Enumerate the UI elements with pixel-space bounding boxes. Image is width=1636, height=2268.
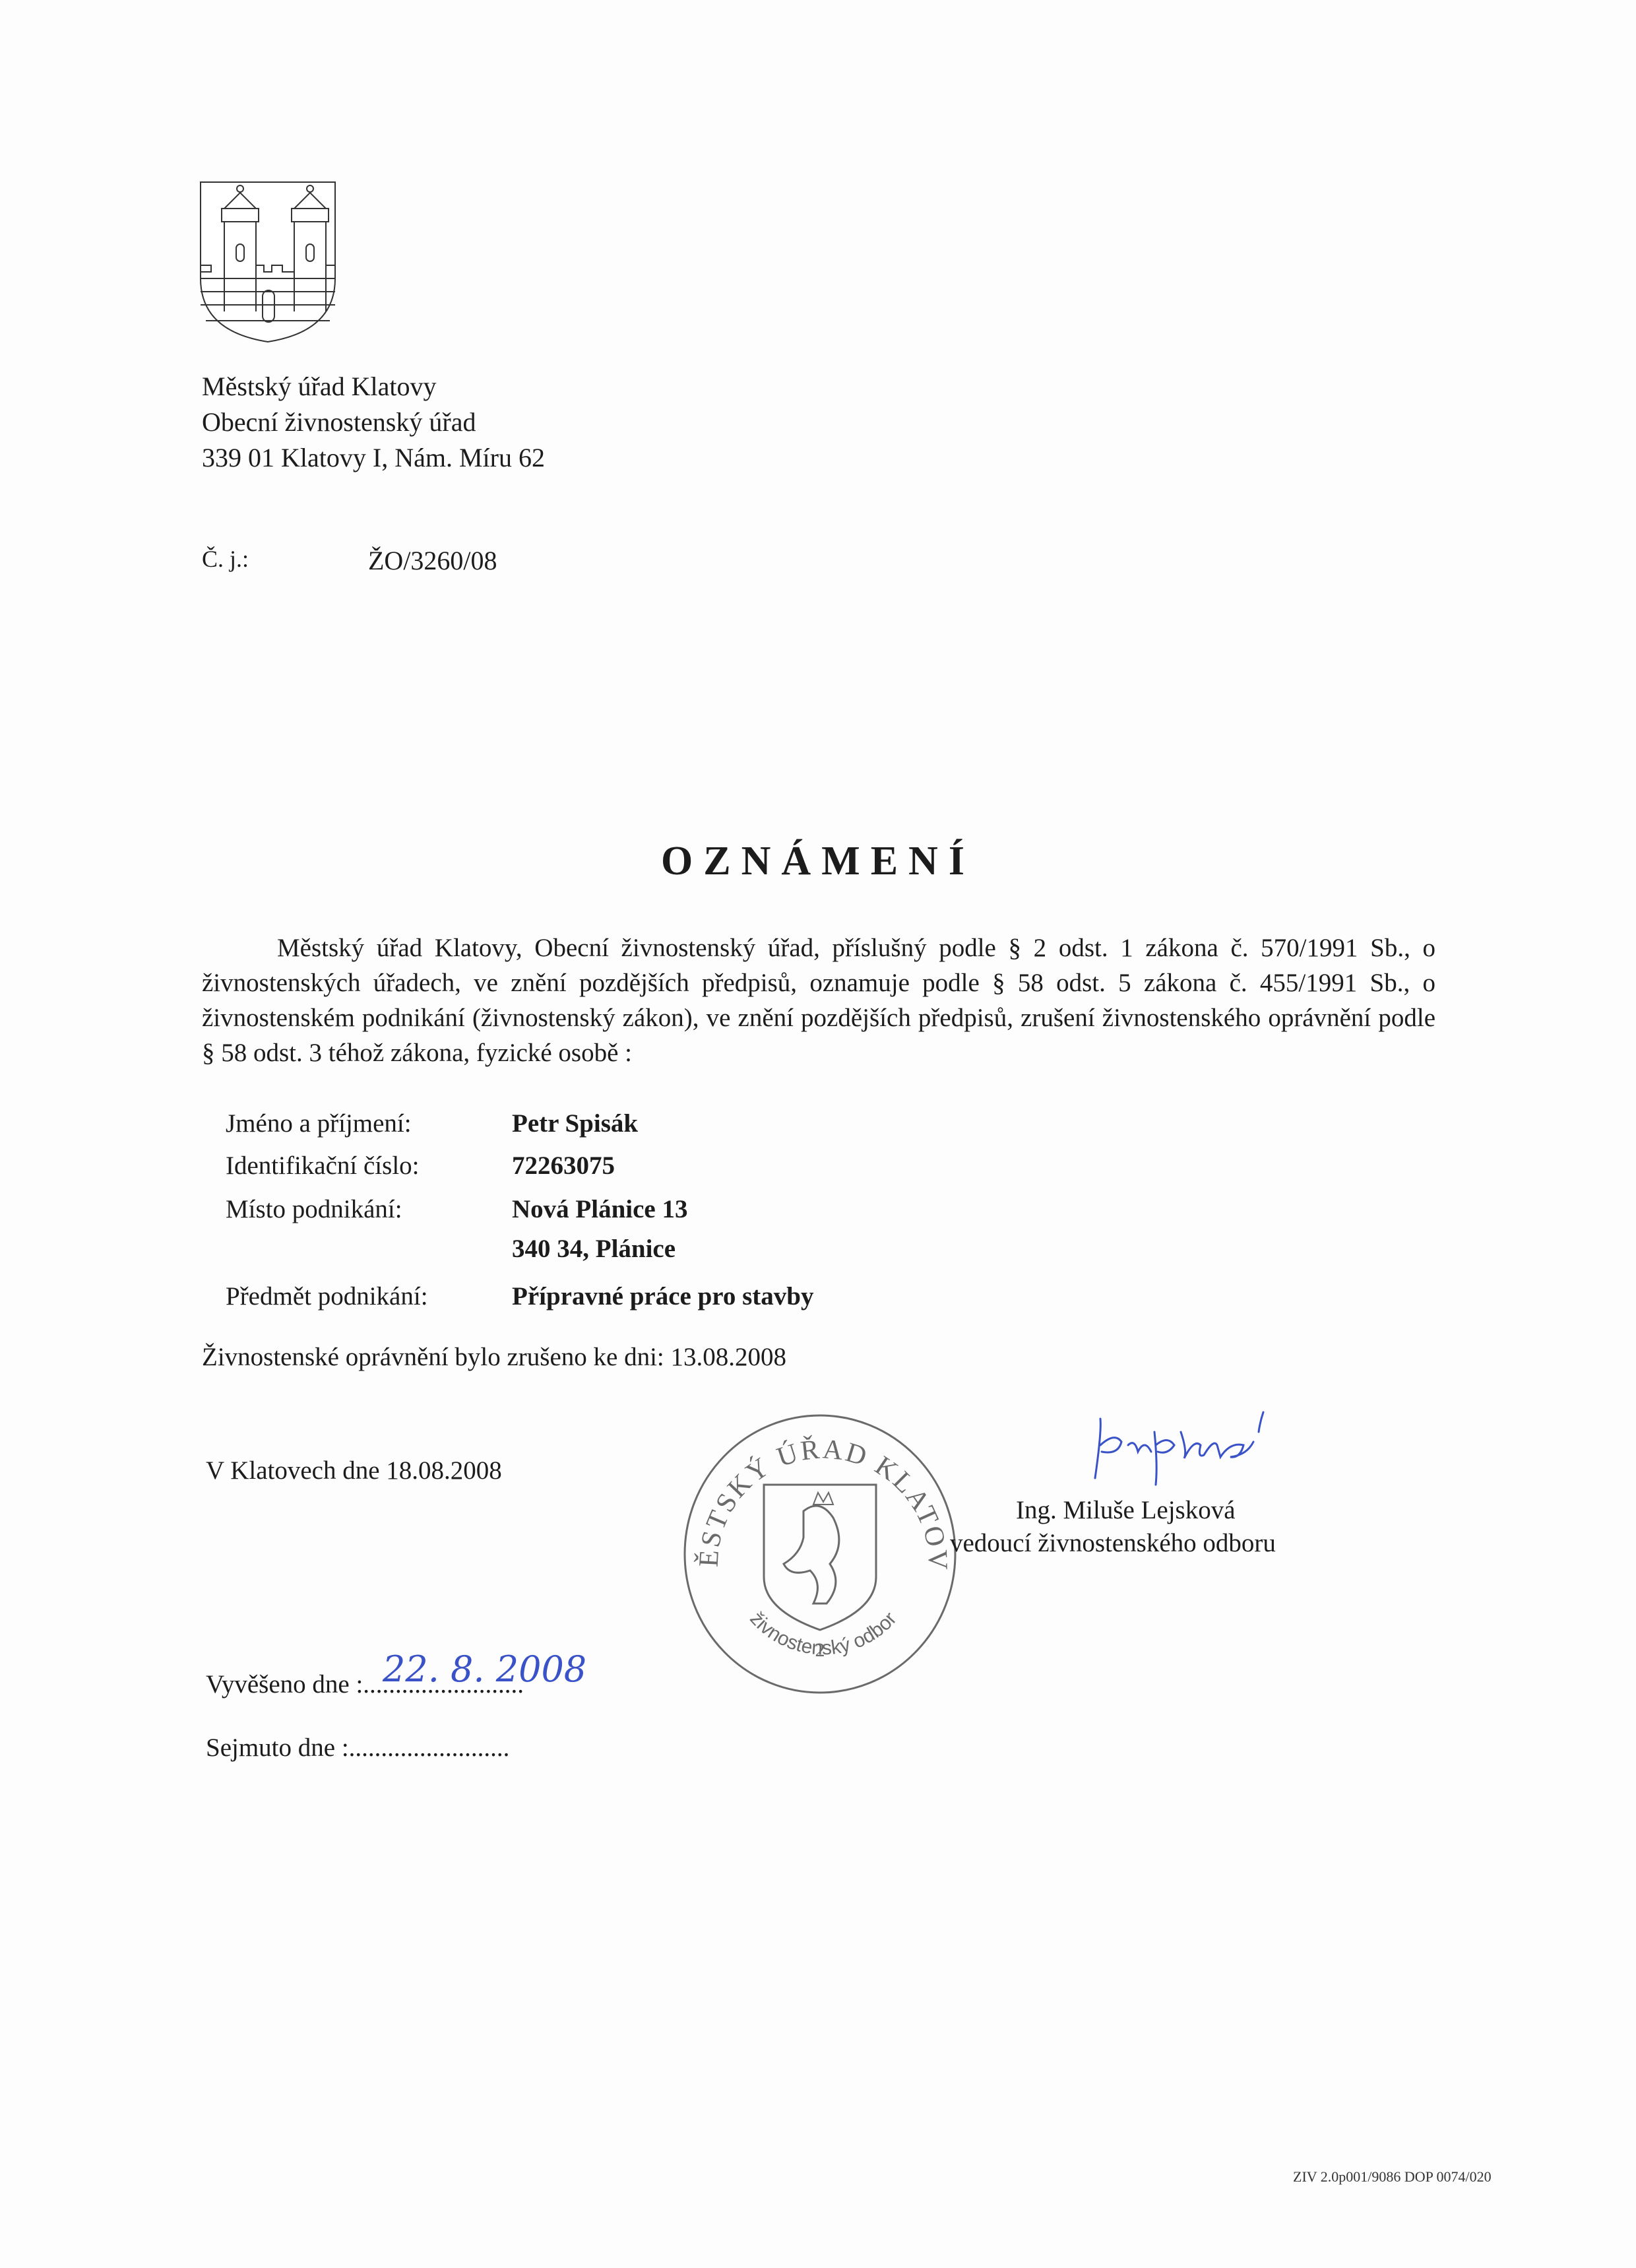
- handwritten-signature: [1082, 1406, 1280, 1491]
- city-crest-icon: [198, 179, 338, 344]
- business-place-label: Místo podnikání:: [226, 1194, 402, 1224]
- posted-date-handwritten: 22. 8. 2008: [383, 1648, 586, 1690]
- business-place-city: 340 34, Plánice: [512, 1234, 676, 1264]
- document-title: OZNÁMENÍ: [0, 838, 1636, 885]
- notice-paragraph: Městský úřad Klatovy, Obecní živnostensk…: [202, 930, 1435, 1070]
- removed-label: Sejmuto dne :: [206, 1733, 349, 1762]
- footer-code: ZIV 2.0p001/9086 DOP 0074/020: [1293, 2168, 1492, 2186]
- signatory-position: vedoucí živnostenského odboru: [950, 1528, 1276, 1558]
- reference-label: Č. j.:: [202, 545, 249, 573]
- revocation-line: Živnostenské oprávnění bylo zrušeno ke d…: [202, 1342, 786, 1372]
- posted-label: Vyvěšeno dne :: [206, 1670, 363, 1699]
- removed-dots: .........................: [349, 1733, 510, 1762]
- office-address: 339 01 Klatovy I, Nám. Míru 62: [202, 445, 545, 471]
- name-label: Jméno a příjmení:: [226, 1109, 412, 1138]
- svg-text:2: 2: [815, 1639, 825, 1661]
- office-name: Městský úřad Klatovy: [202, 373, 437, 400]
- svg-text:MĚSTSKÝ ÚŘAD KLATOVY: MĚSTSKÝ ÚŘAD KLATOVY: [678, 1412, 953, 1572]
- reference-number: ŽO/3260/08: [368, 545, 497, 576]
- department-name: Obecní živnostenský úřad: [202, 409, 476, 436]
- removed-date-field: Sejmuto dne :.........................: [206, 1733, 509, 1763]
- business-place-value: Nová Plánice 13: [512, 1194, 687, 1224]
- id-number-label: Identifikační číslo:: [226, 1151, 420, 1181]
- business-subject-value: Přípravné práce pro stavby: [512, 1281, 814, 1311]
- id-number-value: 72263075: [512, 1151, 615, 1181]
- place-date: V Klatovech dne 18.08.2008: [206, 1456, 502, 1485]
- official-stamp: MĚSTSKÝ ÚŘAD KLATOVY živnostenský odbor …: [678, 1412, 962, 1696]
- business-subject-label: Předmět podnikání:: [226, 1281, 428, 1311]
- signatory-name: Ing. Miluše Lejsková: [1016, 1495, 1236, 1525]
- name-value: Petr Spisák: [512, 1109, 638, 1138]
